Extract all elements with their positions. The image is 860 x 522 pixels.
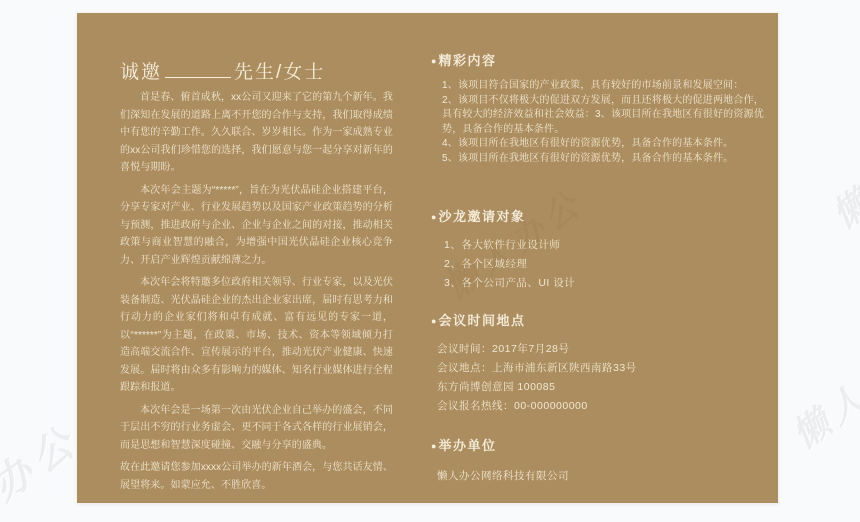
invitation-card: 诚邀先生/女士 首是春、俯首成秋，xx公司又迎来了它的第九个新年。我们深知在发展… xyxy=(77,13,778,503)
highlights-line: 1、该项目符合国家的产业政策，具有较好的市场前景和发展空间： xyxy=(442,79,766,94)
section-meeting: ●会议时间地点 会议时间：2017年7月28号 会议地点：上海市浦东新区陕西南路… xyxy=(431,310,766,416)
section-invitees: ●沙龙邀请对象 1、各大软件行业设计师 2、各个区域经理 3、各个公司产品、UI… xyxy=(431,206,766,293)
section-organizer-title: 举办单位 xyxy=(438,438,496,453)
section-highlights-header: ●精彩内容 xyxy=(431,50,766,69)
section-meeting-title: 会议时间地点 xyxy=(438,313,525,328)
section-highlights-title: 精彩内容 xyxy=(438,53,496,68)
section-invitees-title: 沙龙邀请对象 xyxy=(438,209,525,224)
meeting-detail-line: 会议地点：上海市浦东新区陕西南路33号 xyxy=(437,359,766,378)
highlights-line: 势，具备合作的基本条件。 xyxy=(442,123,766,138)
section-meeting-header: ●会议时间地点 xyxy=(431,310,766,329)
invitation-title: 诚邀先生/女士 xyxy=(120,57,325,84)
letter-paragraph: 本次年会主题为“*****”，旨在为光伏晶硅企业搭建平台，分享专家对产业、行业发… xyxy=(120,182,393,270)
letter-body: 首是春、俯首成秋，xx公司又迎来了它的第九个新年。我们深知在发展的道路上离不开您… xyxy=(120,89,393,494)
highlights-line: 具有较大的经济效益和社会效益：3、该项目所在我地区有很好的资源优 xyxy=(442,108,766,123)
watermark-right-edge: 懒人 xyxy=(821,149,860,239)
highlights-line: 2、该项目不仅将极大的促进双方发展，而且还将极大的促进两地合作， xyxy=(442,94,766,109)
invitee-item: 2、各个区域经理 xyxy=(444,255,766,274)
section-organizer-header: ●举办单位 xyxy=(431,435,766,454)
highlights-line: 4、该项目所在我地区有很好的资源优势，具备合作的基本条件。 xyxy=(442,137,766,152)
page-background: 诚邀先生/女士 首是春、俯首成秋，xx公司又迎来了它的第九个新年。我们深知在发展… xyxy=(0,0,860,522)
invitees-list: 1、各大软件行业设计师 2、各个区域经理 3、各个公司产品、UI 设计 xyxy=(444,236,766,293)
section-organizer: ●举办单位 懒人办公网络科技有限公司 xyxy=(431,435,766,486)
bullet-icon: ● xyxy=(431,316,436,326)
meeting-detail-line: 会议报名热线：00-000000000 xyxy=(437,397,766,416)
section-invitees-header: ●沙龙邀请对象 xyxy=(431,206,766,225)
letter-paragraph: 故在此邀请您参加xxxx公司举办的新年酒会，与您共话友情、展望将来。如蒙应允、不… xyxy=(120,459,393,494)
invite-word: 诚邀 xyxy=(120,62,162,83)
meeting-details: 会议时间：2017年7月28号 会议地点：上海市浦东新区陕西南路33号 东方尚博… xyxy=(437,340,766,416)
organizer-name: 懒人办公网络科技有限公司 xyxy=(437,467,766,486)
watermark-bottom-right: 懒人 xyxy=(781,369,860,459)
name-blank-underline xyxy=(165,60,231,78)
right-column: ●精彩内容 1、该项目符合国家的产业政策，具有较好的市场前景和发展空间： 2、该… xyxy=(431,50,766,486)
bullet-icon: ● xyxy=(431,56,436,66)
bullet-icon: ● xyxy=(431,441,436,451)
meeting-detail-line: 会议时间：2017年7月28号 xyxy=(437,340,766,359)
bullet-icon: ● xyxy=(431,212,436,222)
meeting-detail-line: 东方尚博创意园 100085 xyxy=(437,378,766,397)
letter-paragraph: 首是春、俯首成秋，xx公司又迎来了它的第九个新年。我们深知在发展的道路上离不开您… xyxy=(120,89,393,177)
letter-paragraph: 本次年会是一场第一次由光伏企业自己举办的盛会，不同于层出不穷的行业务虚会、更不同… xyxy=(120,402,393,455)
letter-paragraph: 本次年会将特邀多位政府相关领导、行业专家，以及光伏装备制造、光伏晶硅企业的杰出企… xyxy=(120,274,393,397)
section-highlights: ●精彩内容 1、该项目符合国家的产业政策，具有较好的市场前景和发展空间： 2、该… xyxy=(431,50,766,167)
honorific: 先生/女士 xyxy=(234,62,325,83)
invitee-item: 1、各大软件行业设计师 xyxy=(444,236,766,255)
highlights-line: 5、该项目所在我地区有很好的资源优势，具备合作的基本条件。 xyxy=(442,152,766,167)
invitee-item: 3、各个公司产品、UI 设计 xyxy=(444,274,766,293)
highlights-list: 1、该项目符合国家的产业政策，具有较好的市场前景和发展空间： 2、该项目不仅将极… xyxy=(442,79,766,167)
